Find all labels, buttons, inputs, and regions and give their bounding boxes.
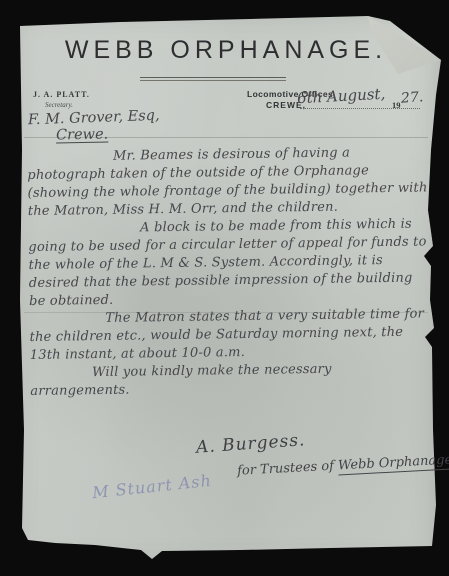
photograph-stage: WEBB ORPHANAGE. J. A. PLATT. Secretary. … [0,0,449,576]
body-paragraph-1: Mr. Beames is desirous of having a photo… [27,143,430,221]
body-paragraph-4: Will you kindly make the necessary arran… [30,359,432,401]
title-double-rule [140,77,286,81]
body-paragraph-2: A block is to be made from this which is… [28,215,431,311]
recipient-place: Crewe. [56,127,108,144]
letterhead-title: WEBB ORPHANAGE. [20,36,432,65]
printed-year-prefix: 19 [392,100,401,110]
secretary-name: J. A. PLATT. [33,90,90,99]
handwritten-year: 27. [400,89,423,107]
body-paragraph-3: The Matron states that a very suitable t… [29,305,432,365]
letter-body: Mr. Beames is desirous of having a photo… [27,143,432,401]
secretary-title: Secretary. [45,101,73,109]
